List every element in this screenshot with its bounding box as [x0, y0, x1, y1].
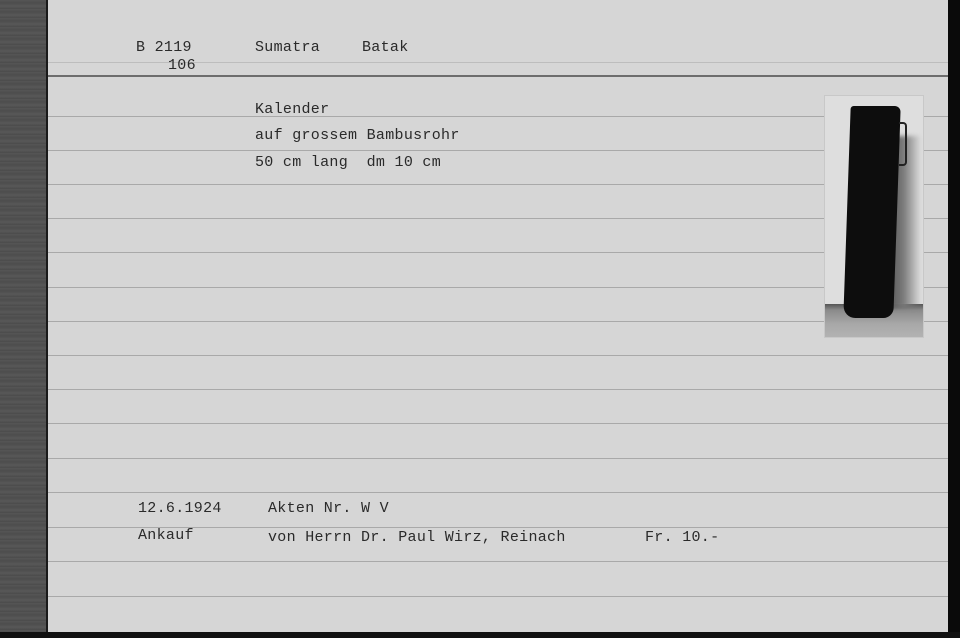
rule-line — [48, 252, 948, 253]
file-reference: Akten Nr. W V — [268, 500, 389, 518]
inventory-number: B 2119 — [136, 39, 192, 57]
rule-line — [48, 355, 948, 356]
people-group: Batak — [362, 39, 409, 57]
object-name: Kalender — [255, 101, 329, 119]
tube-cord — [899, 122, 907, 166]
scan-background-right — [948, 0, 960, 638]
scan-background-left — [0, 0, 46, 638]
rule-line — [48, 458, 948, 459]
rule-line — [48, 218, 948, 219]
region: Sumatra — [255, 39, 320, 57]
acquisition-price: Fr. 10.- — [645, 529, 719, 547]
object-dimensions: 50 cm lang dm 10 cm — [255, 154, 441, 172]
bamboo-tube-image — [843, 106, 900, 318]
rule-line — [48, 423, 948, 424]
object-photo — [824, 95, 924, 338]
rule-line — [48, 287, 948, 288]
acquisition-type: Ankauf — [138, 527, 194, 545]
rule-line — [48, 561, 948, 562]
rule-line — [48, 389, 948, 390]
rule-line — [48, 150, 948, 151]
sub-number: 106 — [168, 57, 196, 75]
acquisition-date: 12.6.1924 — [138, 500, 222, 518]
rule-line — [48, 321, 948, 322]
rule-line — [48, 596, 948, 597]
object-material: auf grossem Bambusrohr — [255, 127, 460, 145]
scan-background-bottom — [0, 632, 960, 638]
rule-line — [48, 116, 948, 117]
rule-line — [48, 184, 948, 185]
rule-line — [48, 492, 948, 493]
acquisition-source: von Herrn Dr. Paul Wirz, Reinach — [268, 529, 566, 547]
header-divider — [48, 75, 948, 77]
